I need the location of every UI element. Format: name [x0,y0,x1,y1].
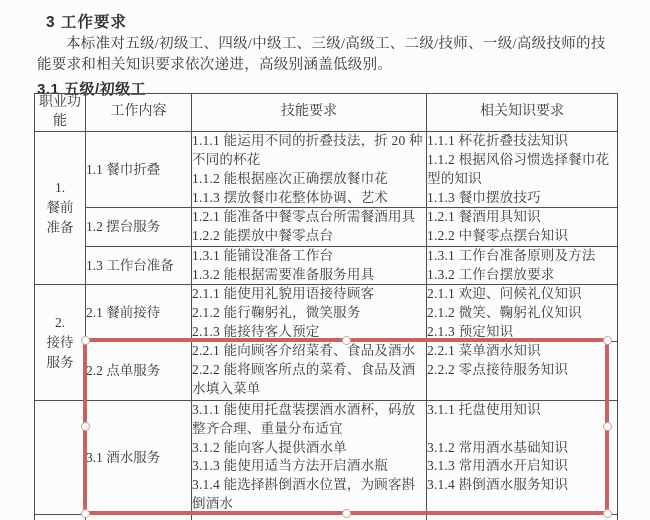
function-group-cell: 1.餐前准备 [35,132,86,285]
work-content-cell: 1.2 摆台服务 [86,208,192,246]
skills-cell: 1.2.1 能准备中餐零点台所需餐酒用具1.2.2 能摆放中餐零点台 [192,208,427,246]
selection-handle-top-middle[interactable] [342,336,351,345]
function-group-line: 服务 [35,353,85,373]
empty-cell [35,515,86,520]
table-row-cutoff [35,515,618,520]
intro-paragraph: 本标准对五级/初级工、四级/中级工、三级/高级工、二级/技师、一级/高级技师的技… [37,34,615,76]
knowledge-item: 2.1.2 微笑、鞠躬礼仪知识 [427,304,617,323]
work-content-cell: 2.1 餐前接待 [86,285,192,342]
skill-item: 1.3.1 能铺设准备工作台 [192,247,426,266]
selection-handle-bottom-left[interactable] [81,509,90,518]
function-group-line: 接待 [35,333,85,353]
selection-box[interactable] [83,338,609,515]
skill-item: 1.1.1 能运用不同的折叠技法，折 20 种不同的杯花 [192,132,426,169]
skills-cell: 1.1.1 能运用不同的折叠技法，折 20 种不同的杯花1.1.2 能根据座次正… [192,132,427,208]
skill-item: 2.1.2 能行鞠躬礼，微笑服务 [192,304,426,323]
header-cell-function: 职业功能 [35,94,86,132]
selection-handle-middle-left[interactable] [81,422,90,431]
work-content-cell: 1.1 餐巾折叠 [86,132,192,208]
header-cell-skills: 技能要求 [192,94,427,132]
work-content-cell: 1.3 工作台准备 [86,246,192,284]
knowledge-cell: 2.1.1 欢迎、问候礼仪知识2.1.2 微笑、鞠躬礼仪知识2.1.3 预定知识 [427,285,618,342]
knowledge-item: 1.1.1 杯花折叠技法知识 [427,132,617,151]
function-group-cell: 2.接待服务 [35,285,86,401]
knowledge-item: 1.3.2 工作台摆放要求 [427,266,617,285]
function-group-line: 准备 [35,218,85,238]
knowledge-cell: 1.2.1 餐酒用具知识1.2.2 中餐零点摆台知识 [427,208,618,246]
table-row: 1.3 工作台准备1.3.1 能铺设准备工作台1.3.2 能根据需要准备服务用具… [35,246,618,284]
knowledge-item: 1.1.2 根据风俗习惯选择餐巾花型的知识 [427,151,617,188]
knowledge-item: 2.1.1 欢迎、问候礼仪知识 [427,285,617,304]
empty-cell [427,515,618,520]
function-group-line: 1. [35,178,85,198]
table-row: 1.餐前准备1.1 餐巾折叠1.1.1 能运用不同的折叠技法，折 20 种不同的… [35,132,618,208]
selection-handle-middle-right[interactable] [603,422,612,431]
selection-handle-bottom-right[interactable] [603,509,612,518]
knowledge-item: 1.2.2 中餐零点摆台知识 [427,227,617,246]
skill-item: 1.1.2 能根据座次正确摆放餐巾花 [192,170,426,189]
skills-cell: 1.3.1 能铺设准备工作台1.3.2 能根据需要准备服务用具 [192,246,427,284]
empty-cell [86,515,192,520]
function-group-line: 2. [35,313,85,333]
skill-item: 2.1.1 能使用礼貌用语接待顾客 [192,285,426,304]
knowledge-item: 1.1.3 餐巾摆放技巧 [427,189,617,208]
skill-item: 1.3.2 能根据需要准备服务用具 [192,266,426,285]
skills-cell: 2.1.1 能使用礼貌用语接待顾客2.1.2 能行鞠躬礼，微笑服务2.1.3 能… [192,285,427,342]
table-row: 1.2 摆台服务1.2.1 能准备中餐零点台所需餐酒用具1.2.2 能摆放中餐零… [35,208,618,246]
page-title: 3 工作要求 [46,10,615,32]
knowledge-item: 1.2.1 餐酒用具知识 [427,208,617,227]
selection-handle-top-left[interactable] [81,336,90,345]
function-group-cell [35,401,86,515]
selection-handle-top-right[interactable] [603,336,612,345]
table-row: 2.接待服务2.1 餐前接待2.1.1 能使用礼貌用语接待顾客2.1.2 能行鞠… [35,285,618,342]
knowledge-cell: 1.3.1 工作台准备原则及方法1.3.2 工作台摆放要求 [427,246,618,284]
skill-item: 1.1.3 摆放餐巾花整体协调、艺术 [192,189,426,208]
knowledge-cell: 1.1.1 杯花折叠技法知识1.1.2 根据风俗习惯选择餐巾花型的知识1.1.3… [427,132,618,208]
knowledge-item: 1.3.1 工作台准备原则及方法 [427,247,617,266]
skill-item: 1.2.1 能准备中餐零点台所需餐酒用具 [192,208,426,227]
header-cell-knowledge: 相关知识要求 [427,94,618,132]
function-group-line: 餐前 [35,198,85,218]
document-page: 3 工作要求 本标准对五级/初级工、四级/中级工、三级/高级工、二级/技师、一级… [0,0,650,520]
empty-cell [192,515,427,520]
selection-handle-bottom-middle[interactable] [342,509,351,518]
heading-block: 3 工作要求 本标准对五级/初级工、四级/中级工、三级/高级工、二级/技师、一级… [37,10,615,99]
skill-item: 1.2.2 能摆放中餐零点台 [192,227,426,246]
header-cell-content: 工作内容 [86,94,192,132]
table-header-row: 职业功能 工作内容 技能要求 相关知识要求 [35,94,618,132]
